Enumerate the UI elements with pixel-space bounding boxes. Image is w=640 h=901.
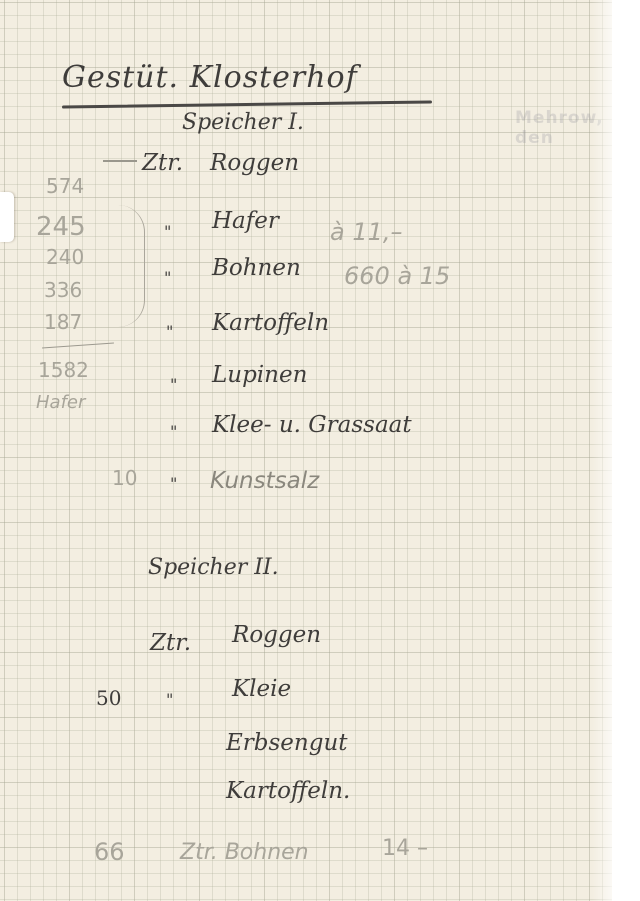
item-name: Hafer <box>212 208 279 234</box>
bracket-mark <box>118 205 145 327</box>
margin-figure: 240 <box>46 245 84 269</box>
ditto-mark: " <box>170 422 177 441</box>
ditto-mark: " <box>164 268 171 287</box>
margin-figure: 187 <box>44 310 82 334</box>
item-name: Lupinen <box>212 362 307 388</box>
item-name: Kartoffeln. <box>226 778 350 804</box>
item-note: à 11,– <box>330 218 403 246</box>
item-name: Kleie <box>232 676 291 702</box>
item-name: Erbsengut <box>226 730 348 756</box>
margin-figure: 245 <box>36 212 86 242</box>
ditto-mark: " <box>170 375 177 394</box>
page-heading: Gestüt. Klosterhof <box>62 60 358 95</box>
margin-total: 1582 <box>38 358 89 382</box>
heading-underline <box>62 100 432 108</box>
margin-figure: 336 <box>44 278 82 302</box>
section-title-speicher-2: Speicher II. <box>148 555 279 580</box>
arrow-mark <box>103 160 137 162</box>
item-qty: 50 <box>96 686 121 710</box>
sum-line <box>42 342 114 348</box>
footer-price: 14 – <box>382 836 428 861</box>
footer-qty: 66 <box>94 838 125 866</box>
item-qty: 10 <box>112 466 137 490</box>
margin-label: Hafer <box>36 392 85 413</box>
item-unit: Ztr. <box>142 150 183 176</box>
graph-paper-sheet: Mehrow, den Gestüt. Klosterhof Speicher … <box>0 0 612 901</box>
paper-edge <box>592 0 622 901</box>
item-unit: Ztr. <box>150 630 191 656</box>
margin-figure: 574 <box>46 174 84 198</box>
item-name: Roggen <box>232 622 321 648</box>
item-note: 660 à 15 <box>344 262 450 290</box>
item-name: Klee- u. Grassaat <box>212 412 412 438</box>
item-name: Roggen <box>210 150 299 176</box>
ditto-mark: " <box>166 322 173 341</box>
punch-hole <box>0 192 14 242</box>
ditto-mark: " <box>164 222 171 241</box>
item-name: Kunstsalz <box>210 468 319 494</box>
item-name: Bohnen <box>212 255 301 281</box>
ditto-mark: " <box>170 474 177 493</box>
item-name: Kartoffeln <box>212 310 329 336</box>
ditto-mark: " <box>166 690 173 709</box>
section-title-speicher-1: Speicher I. <box>182 110 304 135</box>
footer-item: Ztr. Bohnen <box>180 840 309 865</box>
